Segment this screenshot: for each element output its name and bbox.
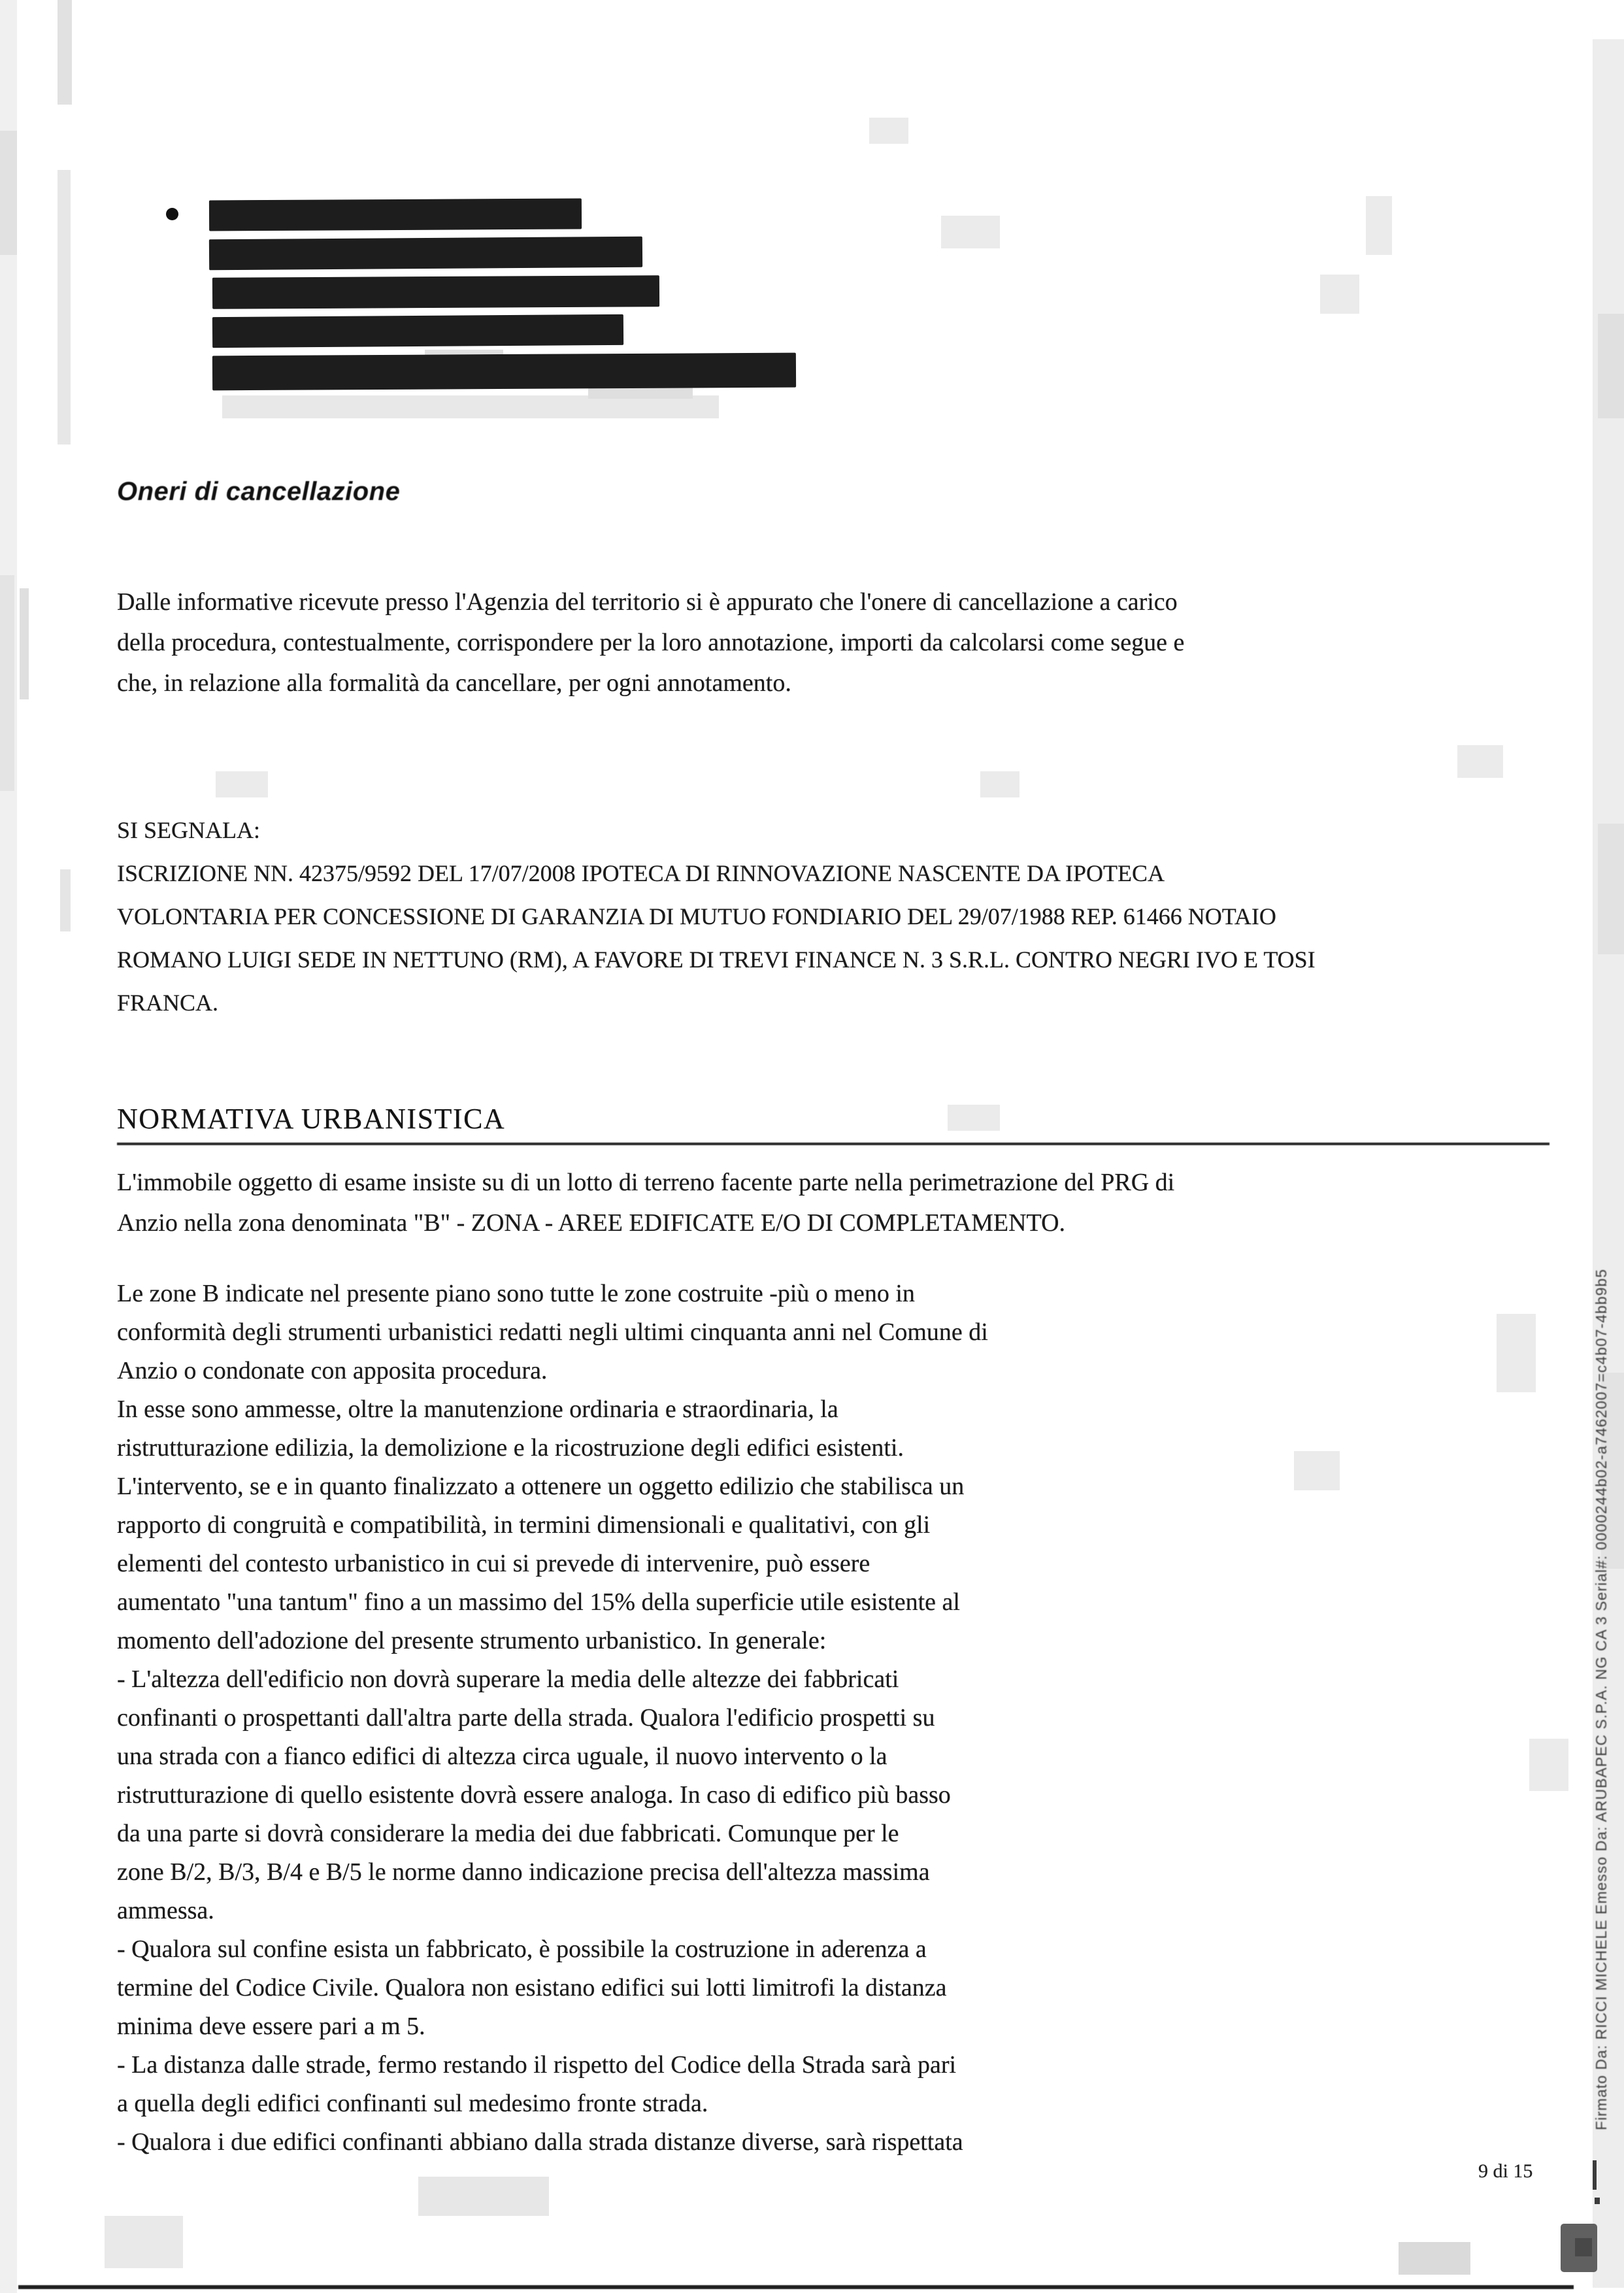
redaction-bar: [212, 275, 659, 309]
normativa-heading: NORMATIVA URBANISTICA: [117, 1102, 505, 1135]
section-divider: [117, 1143, 1549, 1145]
scan-blob: [1561, 2224, 1597, 2272]
zone-line: una strada con a fianco edifici di altez…: [117, 1744, 887, 1769]
zone-line: Le zone B indicate nel presente piano so…: [117, 1281, 915, 1306]
scan-artifact: [216, 771, 268, 797]
oneri-paragraph-line: Dalle informative ricevute presso l'Agen…: [117, 590, 1548, 614]
zone-line: elementi del contesto urbanistico in cui…: [117, 1551, 870, 1576]
redaction-bar: [209, 199, 582, 231]
segnala-line: VOLONTARIA PER CONCESSIONE DI GARANZIA D…: [117, 905, 1532, 928]
page-number: 9 di 15: [1478, 2160, 1533, 2183]
scan-artifact: [1497, 1314, 1536, 1392]
oneri-paragraph-line: che, in relazione alla formalità da canc…: [117, 671, 791, 695]
zone-line: In esse sono ammesse, oltre la manutenzi…: [117, 1397, 838, 1422]
zone-line: ammessa.: [117, 1898, 214, 1923]
zone-line: conformità degli strumenti urbanistici r…: [117, 1320, 988, 1345]
scan-artifact: [1595, 2198, 1600, 2204]
zone-line: - L'altezza dell'edificio non dovrà supe…: [117, 1667, 899, 1692]
page-bottom-edge-line: [18, 2285, 1574, 2289]
zone-line: - La distanza dalle strade, fermo restan…: [117, 2052, 956, 2077]
scan-artifact: [418, 2177, 549, 2216]
zone-line: termine del Codice Civile. Qualora non e…: [117, 1975, 947, 2000]
segnala-label: SI SEGNALA:: [117, 818, 260, 842]
zone-line: da una parte si dovrà considerare la med…: [117, 1821, 899, 1846]
segnala-line: ROMANO LUIGI SEDE IN NETTUNO (RM), A FAV…: [117, 948, 1532, 971]
scan-artifact: [60, 869, 71, 931]
zone-line: minima deve essere pari a m 5.: [117, 2014, 425, 2039]
scan-artifact: [980, 771, 1019, 797]
zone-line: - Qualora i due edifici confinanti abbia…: [117, 2130, 963, 2154]
immobile-line: L'immobile oggetto di esame insiste su d…: [117, 1170, 1548, 1195]
scan-artifact: [869, 118, 908, 144]
zone-line: momento dell'adozione del presente strum…: [117, 1628, 826, 1653]
scan-artifact: [941, 216, 1000, 248]
immobile-line: Anzio nella zona denominata "B" - ZONA -…: [117, 1211, 1065, 1235]
list-bullet: [166, 208, 178, 220]
segnala-line: FRANCA.: [117, 991, 218, 1014]
redaction-bar: [212, 353, 796, 391]
zone-line: - Qualora sul confine esista un fabbrica…: [117, 1937, 927, 1962]
scan-artifact: [0, 575, 14, 791]
scan-artifact: [0, 131, 17, 255]
redaction-bar: [209, 237, 642, 271]
scan-artifact: [0, 0, 17, 2293]
digital-signature-margin-text: Firmato Da: RICCI MICHELE Emesso Da: ARU…: [1593, 1137, 1612, 2262]
scan-artifact: [1529, 1739, 1568, 1791]
scan-artifact: [1294, 1451, 1340, 1490]
scan-artifact: [1399, 2242, 1470, 2275]
zone-line: Anzio o condonate con apposita procedura…: [117, 1358, 547, 1383]
scanned-document-page: Oneri di cancellazione Dalle informative…: [0, 0, 1624, 2293]
scan-artifact: [1598, 314, 1624, 418]
zone-line: aumentato "una tantum" fino a un massimo…: [117, 1590, 960, 1615]
scan-artifact: [105, 2216, 183, 2268]
zone-line: zone B/2, B/3, B/4 e B/5 le norme danno …: [117, 1860, 930, 1884]
scan-artifact: [948, 1105, 1000, 1131]
zone-line: rapporto di congruità e compatibilità, i…: [117, 1513, 930, 1537]
scan-artifact: [1457, 745, 1503, 778]
scan-artifact: [20, 588, 29, 699]
zone-line: ristrutturazione edilizia, la demolizion…: [117, 1435, 904, 1460]
zone-line: confinanti o prospettanti dall'altra par…: [117, 1705, 935, 1730]
redaction-bar: [212, 314, 623, 348]
zone-line: ristrutturazione di quello esistente dov…: [117, 1783, 951, 1807]
zone-line: a quella degli edifici confinanti sul me…: [117, 2091, 708, 2116]
oneri-heading: Oneri di cancellazione: [117, 477, 400, 507]
scan-artifact: [1593, 2160, 1597, 2190]
scan-artifact: [58, 170, 71, 444]
segnala-line: ISCRIZIONE NN. 42375/9592 DEL 17/07/2008…: [117, 862, 1532, 885]
scan-artifact: [1320, 275, 1359, 314]
scan-blob-core: [1575, 2238, 1592, 2256]
scan-artifact: [58, 0, 72, 105]
scan-artifact: [1366, 196, 1392, 255]
scan-artifact: [222, 395, 719, 418]
scan-artifact: [1598, 824, 1624, 954]
oneri-paragraph-line: della procedura, contestualmente, corris…: [117, 630, 1548, 655]
zone-line: L'intervento, se e in quanto finalizzato…: [117, 1474, 964, 1499]
